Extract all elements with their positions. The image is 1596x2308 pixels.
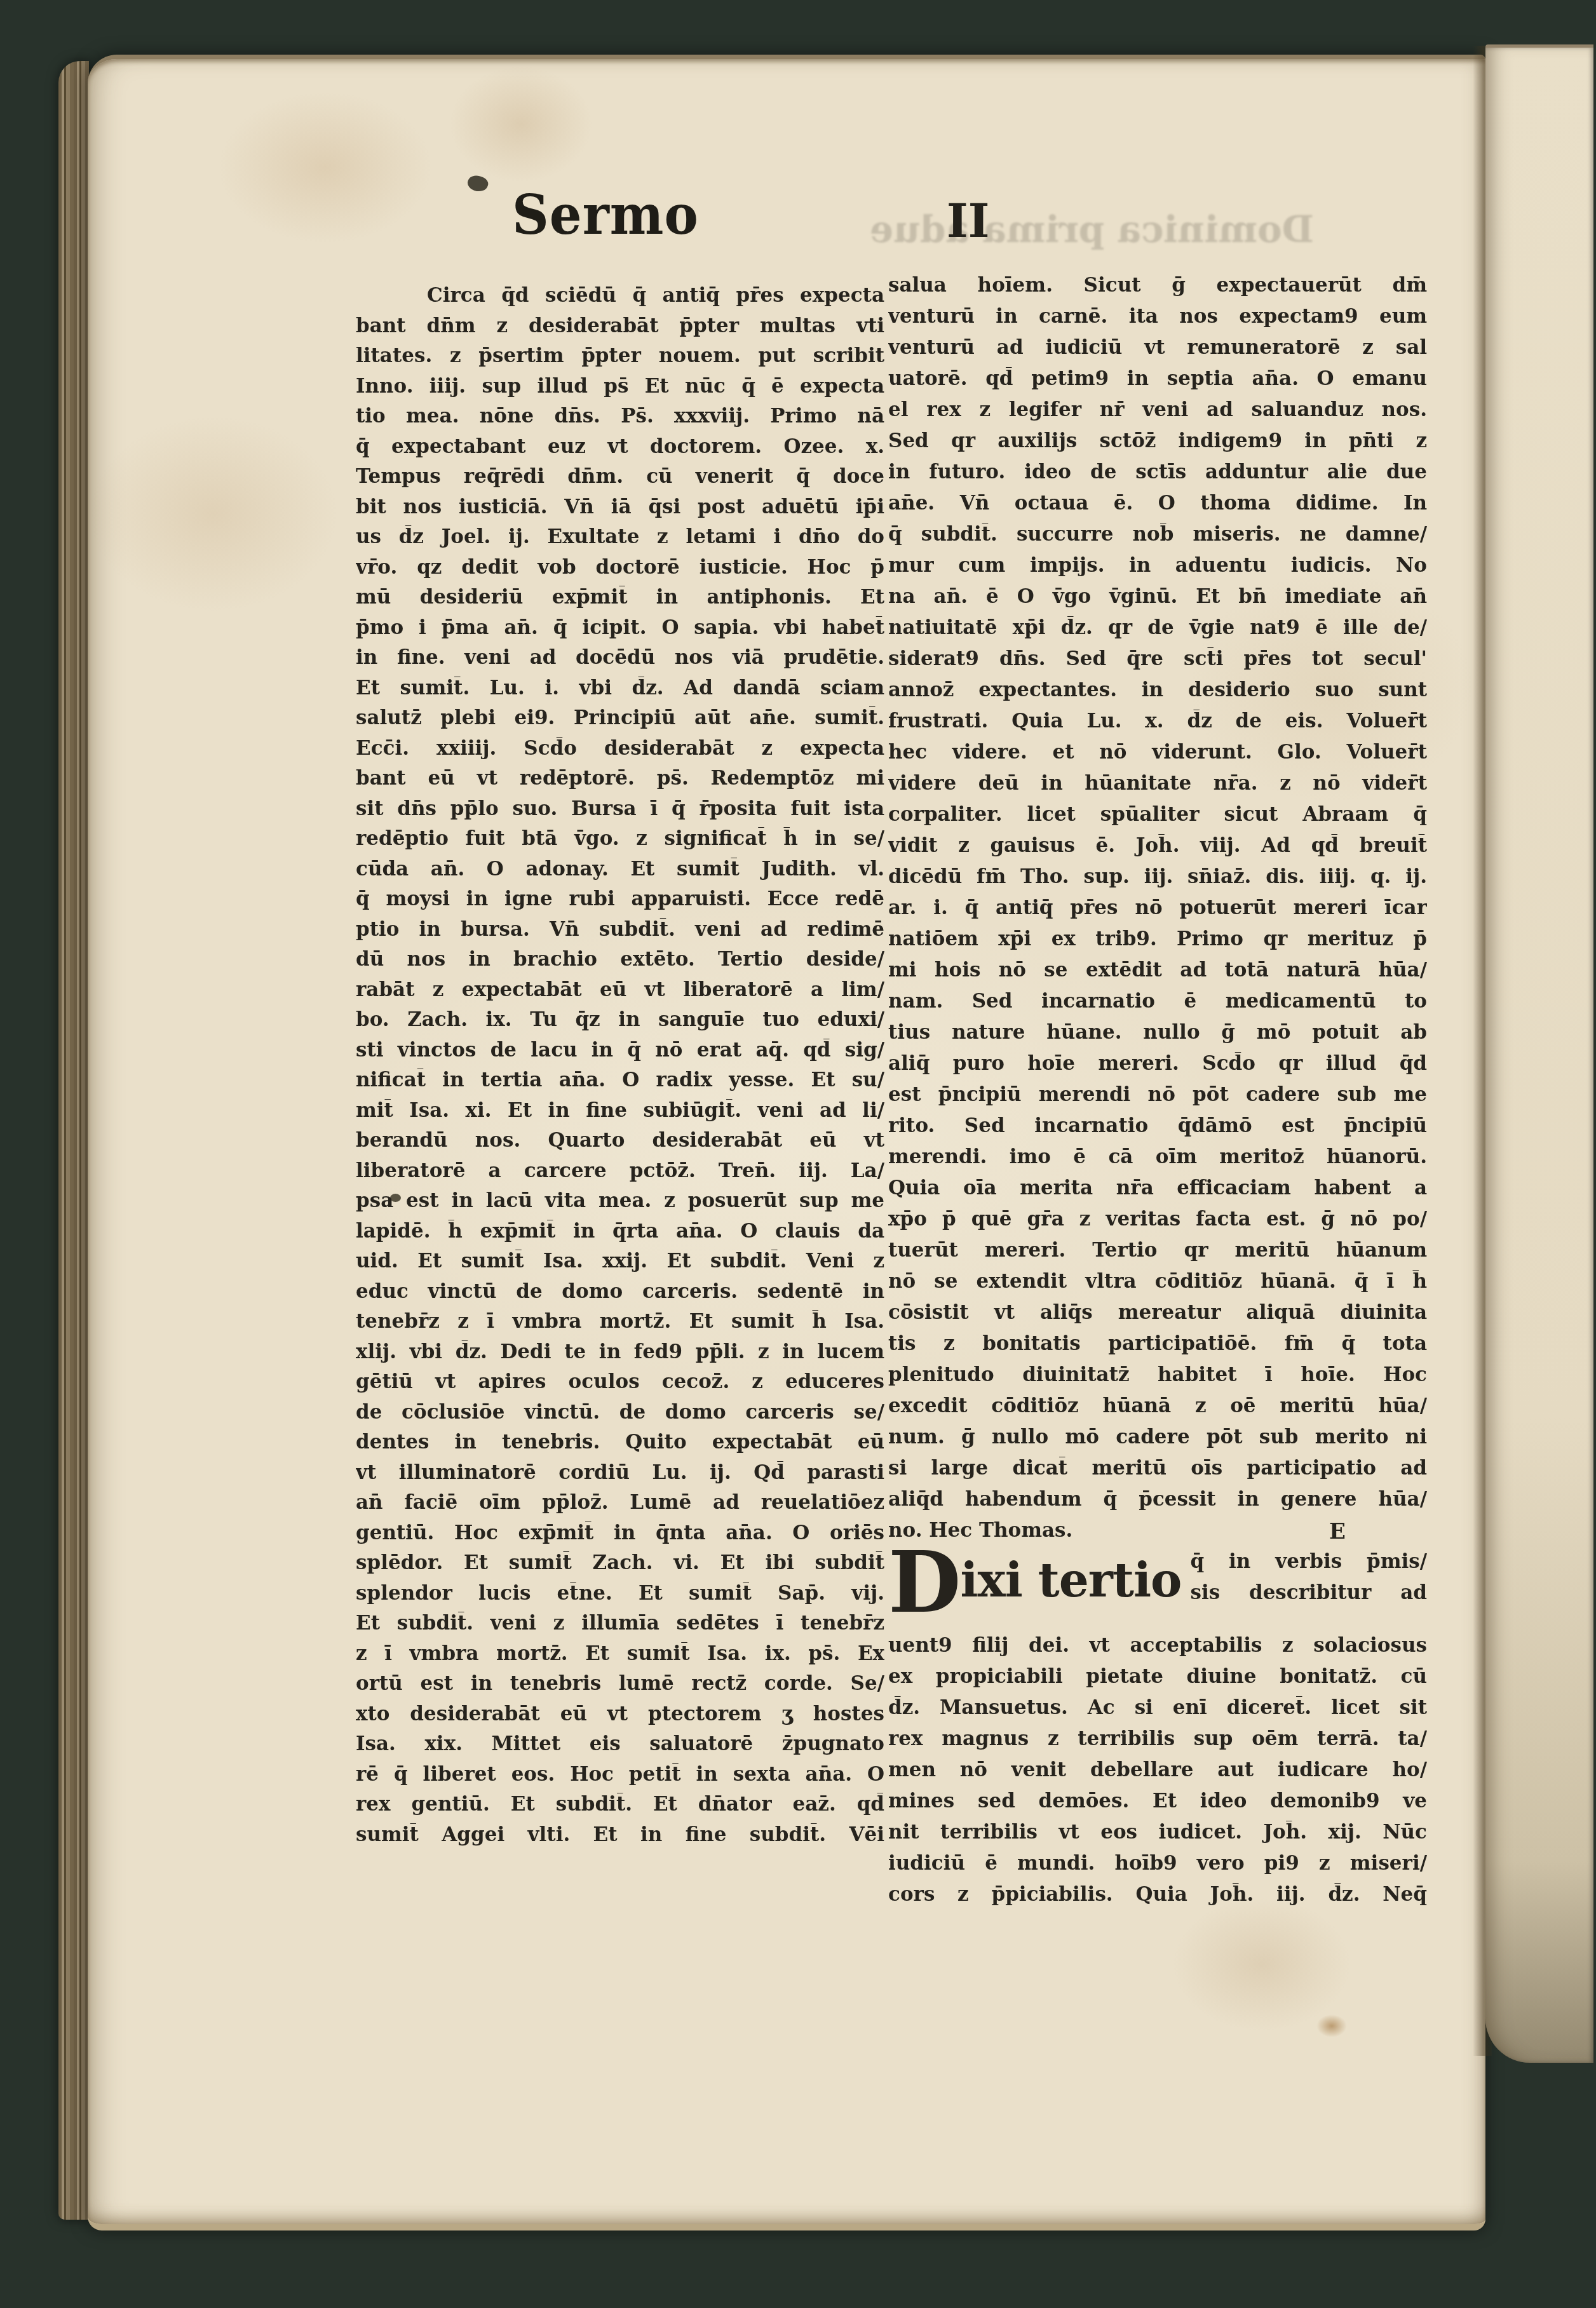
heading-wrapped-lines: q̄ in verbis p̄mis/ sis describitur ad — [1190, 1550, 1427, 1612]
text-line: de cōclusiōe vinctū. de domo carceris se… — [356, 1401, 884, 1431]
text-line: ex propiciabili pietate diuine bonitatz̄… — [888, 1665, 1427, 1696]
text-line: est p̄ncipiū merendi nō pōt cadere sub m… — [888, 1083, 1427, 1114]
text-line: d̄z. Mansuetus. Ac si enī diceret̄. lice… — [888, 1696, 1427, 1727]
text-line: educ vinctū de domo carceris. sedentē in — [356, 1280, 884, 1311]
right-column-lower-lines: uent9 filij dei. vt acceptabilis z solac… — [888, 1634, 1427, 1914]
text-line: vidit z gauisus ē. Joh̄. viij. Ad qd̄ br… — [888, 834, 1427, 865]
heading-rest: ixi tertio — [960, 1553, 1181, 1608]
text-line: el rex z legifer nr̄ veni ad saluanduz n… — [888, 398, 1427, 429]
text-line: Isa. xix. Mittet eis saluatorē z̄pugnato — [356, 1732, 884, 1763]
page-title: Sermo — [512, 182, 699, 247]
text-line: nō se extendit vltra cōditiōz hūanā. q̄ … — [888, 1270, 1427, 1301]
text-line: rex gentiū. Et subdit̄. Et dn̄ator eaz̄.… — [356, 1793, 884, 1823]
text-line: in futuro. ideo de sctīs adduntur alie d… — [888, 461, 1427, 492]
text-line: corpaliter. licet spūaliter sicut Abraam… — [888, 803, 1427, 834]
text-line: men nō venit debellare aut iudicare ho/ — [888, 1758, 1427, 1790]
text-line: redēptio fuit btā v̄go. z significat̄ h̄… — [356, 827, 884, 858]
text-line: aliq̄d habendum q̄ p̄cessit in genere hū… — [888, 1488, 1427, 1519]
text-line: tio mea. nōne dn̄s. Ps̄. xxxviij. Primo … — [356, 405, 884, 435]
text-line: q̄ subdit̄. succurre nob̄ miseris. ne da… — [888, 523, 1427, 554]
text-line: merendi. imo ē cā oīm meritoz̄ hūanorū. — [888, 1145, 1427, 1177]
text-line: z ī vmbra mortz̄. Et sumit̄ Isa. ix. ps̄… — [356, 1642, 884, 1673]
text-line: Inno. iiij. sup illud ps̄ Et nūc q̄ ē ex… — [356, 375, 884, 405]
text-line: uent9 filij dei. vt acceptabilis z solac… — [888, 1634, 1427, 1665]
text-line: bant dn̄m z desiderabāt p̄pter multas vt… — [356, 314, 884, 345]
text-line: mur cum impijs. in aduentu iudicis. No — [888, 554, 1427, 585]
text-line: sti vinctos de lacu in q̄ nō erat aq̄. q… — [356, 1039, 884, 1069]
text-line: bo. Zach. ix. Tu q̄z in sanguīe tuo edux… — [356, 1008, 884, 1039]
text-line: salutz̄ plebi ei9. Principiū aūt an̄e. s… — [356, 706, 884, 737]
text-line: Sed qr auxilijs sctōz̄ indigem9 in pn̄ti… — [888, 429, 1427, 461]
section-heading-dixi-tertio: Dixi tertio q̄ in verbis p̄mis/ sis desc… — [888, 1550, 1427, 1634]
text-line: Et sumit̄. Lu. i. vbi d̄z. Ad dandā scia… — [356, 677, 884, 707]
text-line: nificat̄ in tertia an̄a. O radix yesse. … — [356, 1069, 884, 1099]
text-line: xlij. vbi d̄z. Dedi te in fed9 pp̄li. z … — [356, 1340, 884, 1371]
text-line: cūda an̄. O adonay. Et sumit̄ Judith. vl… — [356, 858, 884, 888]
text-line: Quia oīa merita nr̄a efficaciam habent a — [888, 1177, 1427, 1208]
text-line: bit nos iusticiā. Vn̄ iā q̄si post aduēt… — [356, 496, 884, 526]
quire-signature-mark: E — [1329, 1519, 1346, 1550]
text-line: num. ḡ nullo mō cadere pōt sub merito ni — [888, 1426, 1427, 1457]
text-line: natiōem xp̄i ex trib9. Primo qr merituz … — [888, 928, 1427, 959]
text-line: in fine. veni ad docēdū nos viā prudētie… — [356, 646, 884, 677]
text-line: salua hoīem. Sicut ḡ expectauerūt dm̄ — [888, 274, 1427, 305]
text-line: lapidē. h̄ exp̄mit̄ in q̄rta an̄a. O cla… — [356, 1220, 884, 1250]
heading-initial-letter: D — [888, 1534, 960, 1632]
gutter-page-edges — [58, 61, 89, 2220]
text-line: an̄ faciē oīm pp̄loz̄. Lumē ad reuelatiō… — [356, 1491, 884, 1522]
text-line: tius nature hūane. nullo ḡ mō potuit ab — [888, 1021, 1427, 1052]
right-column-upper-lines: salua hoīem. Sicut ḡ expectauerūt dm̄ven… — [888, 274, 1427, 1519]
text-line: mit̄ Isa. xi. Et in fine subiūgit̄. veni… — [356, 1099, 884, 1130]
text-line: nam. Sed incarnatio ē medicamentū to — [888, 990, 1427, 1021]
running-header: Dominica prima adue Sermo II — [88, 185, 1485, 261]
text-line: Ecc̄i. xxiiij. Scd̄o desiderabāt z expec… — [356, 737, 884, 767]
text-line: rabāt z expectabāt eū vt liberatorē a li… — [356, 978, 884, 1009]
text-line: Circa q̄d sciēdū q̄ antiq̄ pr̄es expecta — [356, 284, 884, 314]
text-line: tis z bonitatis participatiōē. fm̄ q̄ to… — [888, 1332, 1427, 1363]
text-line: ortū est in tenebris lumē rectz̄ corde. … — [356, 1672, 884, 1703]
text-line: bant eū vt redēptorē. ps̄. Redemptōz mi — [356, 767, 884, 797]
photographed-book-page: Dominica prima adue Sermo II Circa q̄d s… — [0, 0, 1596, 2308]
book-leaf-recto: Dominica prima adue Sermo II Circa q̄d s… — [88, 55, 1485, 2230]
text-column-left: Circa q̄d sciēdū q̄ antiq̄ pr̄es expecta… — [356, 284, 884, 1853]
text-line: rex magnus z terribilis sup oēm terrā. t… — [888, 1727, 1427, 1758]
text-line: frustrati. Quia Lu. x. d̄z de eis. Volue… — [888, 710, 1427, 741]
text-line: uatorē. qd̄ petim9 in septia an̄a. O ema… — [888, 367, 1427, 398]
text-line: rito. Sed incarnatio q̄dāmō est p̄ncipiū — [888, 1114, 1427, 1145]
text-line: gentiū. Hoc exp̄mit̄ in q̄nta an̄a. O or… — [356, 1522, 884, 1552]
text-line: excedit cōditiōz hūanā z oē meritū hūa/ — [888, 1394, 1427, 1426]
text-line: gētiū vt apires oculos cecoz̄. z educere… — [356, 1370, 884, 1401]
text-line: rē q̄ liberet eos. Hoc petit̄ in sexta a… — [356, 1763, 884, 1793]
text-line: litates. z p̄sertim p̄pter nouem. put sc… — [356, 344, 884, 375]
text-line: natiuitatē xp̄i d̄z. qr de v̄gie nat9 ē … — [888, 616, 1427, 647]
text-line: sumit̄ Aggei vlti. Et in fine subdit̄. V… — [356, 1823, 884, 1854]
text-line: liberatorē a carcere pctōz̄. Tren̄. iij.… — [356, 1159, 884, 1190]
text-line: ar. i. q̄ antiq̄ pr̄es nō potuerūt merer… — [888, 896, 1427, 928]
text-line: venturū ad iudiciū vt remuneratorē z sal — [888, 336, 1427, 367]
paper-stain — [1316, 2014, 1347, 2037]
text-line: hec videre. et nō viderunt. Glo. Voluer̄… — [888, 741, 1427, 772]
next-leaf-edge — [1485, 44, 1593, 2063]
text-line: Et subdit̄. veni z illumīa sedētes ī ten… — [356, 1612, 884, 1642]
text-line: sit dn̄s pp̄lo suo. Bursa ī q̄ r̄posita … — [356, 797, 884, 828]
text-line: siderat9 dn̄s. Sed q̄re sct̄i pr̄es tot … — [888, 647, 1427, 678]
text-line: q̄ in verbis p̄mis/ — [1190, 1550, 1427, 1581]
text-line: annoz̄ expectantes. in desiderio suo sun… — [888, 678, 1427, 710]
text-line: dentes in tenebris. Quito expectabāt eū — [356, 1431, 884, 1461]
text-line: us d̄z Joel. ij. Exultate z letami i dn̄… — [356, 525, 884, 556]
text-line: cōsistit vt aliq̄s mereatur aliquā diuin… — [888, 1301, 1427, 1332]
text-line: cors z p̄piciabilis. Quia Joh̄. iij. d̄z… — [888, 1883, 1427, 1914]
hec-thomas-line: no. Hec Thomas. E — [888, 1519, 1427, 1550]
text-line: na an̄. ē O v̄go v̄ginū. Et bn̄ imediate… — [888, 585, 1427, 616]
verso-showthrough-text: Dominica prima adue — [768, 208, 1314, 251]
text-line: splendor lucis et̄ne. Et sumit̄ Sap̄. vi… — [356, 1582, 884, 1612]
text-line: berandū nos. Quarto desiderabāt eū vt — [356, 1129, 884, 1159]
text-line: sis describitur ad — [1190, 1581, 1427, 1612]
text-line: q̄ expectabant euz vt doctorem. Ozee. x. — [356, 435, 884, 466]
text-line: venturū in carnē. ita nos expectam9 eum — [888, 305, 1427, 336]
text-line: aliq̄ puro hoīe mereri. Scd̄o qr illud q… — [888, 1052, 1427, 1083]
text-line: dicēdū fm̄ Tho. sup. iij. sn̄iaz̄. dis. … — [888, 865, 1427, 896]
heading-text: Dixi tertio — [888, 1550, 1181, 1616]
text-line: videre deū in hūanitate nr̄a. z nō vider… — [888, 772, 1427, 803]
text-line: iudiciū ē mundi. hoīb9 vero pi9 z miseri… — [888, 1852, 1427, 1883]
text-line: mū desideriū exp̄mit̄ in antiphonis. Et — [356, 586, 884, 616]
text-line: mines sed demōes. Et ideo demonib9 ve — [888, 1790, 1427, 1821]
text-line: si large dicat̄ meritū oīs participatio … — [888, 1457, 1427, 1488]
text-line: Tempus req̄rēdi dn̄m. cū venerit q̄ doce — [356, 465, 884, 496]
text-line: vt illuminatorē cordiū Lu. ij. Qd̄ paras… — [356, 1461, 884, 1492]
text-line: nit terribilis vt eos iudicet. Joh̄. xij… — [888, 1821, 1427, 1852]
folio-number: II — [947, 194, 989, 248]
text-line: splēdor. Et sumit̄ Zach. vi. Et ibi subd… — [356, 1551, 884, 1582]
text-line: xto desiderabāt eū vt ptectorem ʒ hostes — [356, 1703, 884, 1733]
text-line: an̄e. Vn̄ octaua ē. O thoma didime. In — [888, 492, 1427, 523]
text-line: p̄mo i p̄ma an̄. q̄ icipit. O sapia. vbi… — [356, 616, 884, 647]
text-line: tuerūt mereri. Tertio qr meritū hūanum — [888, 1239, 1427, 1270]
text-line: dū nos in brachio extēto. Tertio deside/ — [356, 948, 884, 978]
text-line: mi hois nō se extēdit ad totā naturā hūa… — [888, 959, 1427, 990]
text-line: xp̄o p̄ quē gr̄a z veritas facta est. ḡ … — [888, 1208, 1427, 1239]
text-line: tenebr̄z z ī vmbra mortz̄. Et sumit h̄ I… — [356, 1310, 884, 1340]
text-line: vr̄o. qz dedit vob doctorē iusticie. Hoc… — [356, 556, 884, 586]
text-line: psa est in lacū vita mea. z posuerūt sup… — [356, 1189, 884, 1220]
text-line: ptio in bursa. Vn̄ subdit̄. veni ad redi… — [356, 918, 884, 948]
text-line: uid. Et sumit̄ Isa. xxij. Et subdit̄. Ve… — [356, 1250, 884, 1280]
text-line: plenitudo diuinitatz̄ habitet ī hoīe. Ho… — [888, 1363, 1427, 1394]
text-line: q̄ moysi in igne rubi apparuisti. Ecce r… — [356, 887, 884, 918]
text-column-right: salua hoīem. Sicut ḡ expectauerūt dm̄ven… — [888, 274, 1427, 1914]
